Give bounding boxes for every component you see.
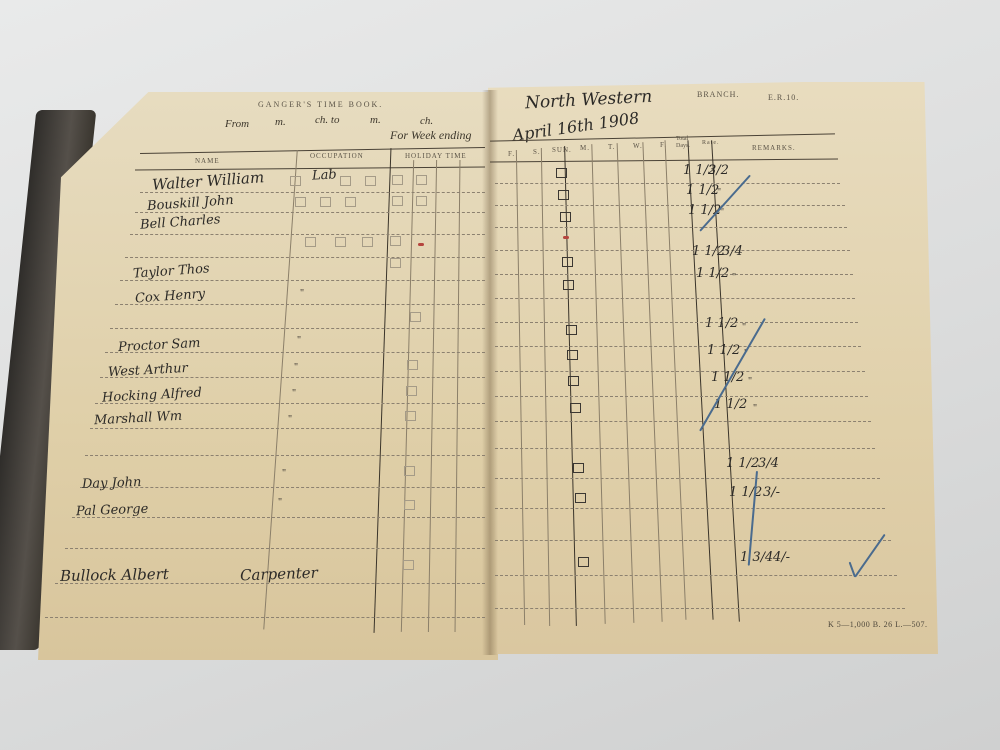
- row-rule: [495, 227, 847, 228]
- row-rule: [495, 608, 905, 609]
- sunday-stamp: [568, 376, 579, 386]
- stamp-mark: [404, 466, 415, 476]
- row-rule: [135, 212, 485, 213]
- to-m-label: m.: [370, 114, 381, 126]
- sunday-stamp: [562, 257, 573, 267]
- sunday-stamp: [566, 325, 577, 335]
- ditto-mark: ": [294, 362, 298, 373]
- total-days: 1 1/2: [686, 183, 719, 198]
- row-rule: [495, 396, 868, 397]
- page-gutter: [482, 90, 498, 655]
- row-rule: [125, 257, 485, 258]
- row-rule: [495, 250, 850, 251]
- sunday-stamp: [563, 280, 574, 290]
- rate: ": [732, 272, 736, 283]
- row-rule: [140, 192, 485, 193]
- worker-occupation: Lab: [312, 167, 337, 183]
- book-title: GANGER'S TIME BOOK.: [258, 100, 383, 109]
- ditto-mark: ": [278, 497, 282, 508]
- stamp-mark: [404, 500, 415, 510]
- row-rule: [120, 280, 485, 281]
- row-rule: [495, 205, 845, 206]
- stamp-mark: [416, 175, 427, 185]
- stamp-mark: [290, 176, 301, 186]
- worker-name: Pal George: [76, 502, 149, 520]
- ditto-mark: ": [297, 335, 301, 346]
- row-rule: [495, 183, 840, 184]
- column-f2: F.: [660, 141, 667, 149]
- stamp-mark: [406, 386, 417, 396]
- sunday-stamp: [556, 168, 567, 178]
- row-rule: [495, 274, 853, 275]
- stamp-mark: [403, 560, 414, 570]
- stamp-mark: [305, 237, 316, 247]
- rate: 3/-: [763, 485, 780, 500]
- rate: ": [742, 322, 746, 333]
- row-rule: [45, 617, 485, 618]
- sunday-stamp: [570, 403, 581, 413]
- time-book: GANGER'S TIME BOOK. From m. ch. to m. ch…: [0, 0, 1000, 750]
- ditto-mark: ": [282, 468, 286, 479]
- row-rule: [495, 346, 861, 347]
- stamp-mark: [345, 197, 356, 207]
- row-rule: [495, 478, 880, 479]
- form-print-code: K 5—1,000 B. 26 L.—507.: [828, 620, 928, 629]
- total-days: 1 1/2: [729, 485, 762, 500]
- sunday-stamp: [560, 212, 571, 222]
- row-rule: [90, 428, 485, 429]
- worker-name: Bullock Albert: [60, 565, 169, 585]
- total-days: 1 1/2: [696, 266, 729, 281]
- from-label: From: [225, 118, 249, 130]
- rate: 3/2: [708, 163, 729, 178]
- sunday-stamp: [573, 463, 584, 473]
- red-mark: [563, 236, 569, 239]
- column-remarks: REMARKS.: [752, 144, 796, 152]
- worker-occupation: Carpenter: [240, 564, 318, 585]
- stamp-mark: [416, 196, 427, 206]
- row-rule: [495, 508, 885, 509]
- week-ending-label: For Week ending: [390, 128, 472, 143]
- row-rule: [85, 455, 485, 456]
- total-days: 1 1/2: [692, 244, 725, 259]
- sunday-stamp: [575, 493, 586, 503]
- row-rule: [495, 540, 891, 541]
- stamp-mark: [295, 197, 306, 207]
- column-holiday-time: HOLIDAY TIME: [405, 152, 467, 160]
- form-code: E.R.10.: [768, 93, 799, 102]
- row-rule: [65, 548, 485, 549]
- rate: ": [748, 376, 752, 387]
- ditto-mark: ": [300, 288, 304, 299]
- column-name: NAME: [195, 157, 220, 165]
- total-days: 1 1/2: [726, 456, 759, 471]
- stamp-mark: [362, 237, 373, 247]
- ditto-mark: ": [288, 414, 292, 425]
- stamp-mark: [392, 175, 403, 185]
- row-rule: [495, 298, 855, 299]
- row-rule: [95, 403, 485, 404]
- rate: 4/-: [773, 550, 790, 565]
- column-s: S.: [533, 148, 541, 156]
- sunday-stamp: [567, 350, 578, 360]
- stamp-mark: [365, 176, 376, 186]
- from-m-label: m.: [275, 116, 286, 128]
- column-f: F.: [508, 150, 515, 158]
- row-rule: [495, 371, 865, 372]
- ch-to-label: ch. to: [315, 114, 339, 126]
- branch-label: BRANCH.: [697, 90, 739, 99]
- stamp-mark: [405, 411, 416, 421]
- rate: ": [753, 403, 757, 414]
- row-rule: [495, 421, 871, 422]
- row-rule: [130, 234, 485, 235]
- worker-name: Day John: [82, 475, 142, 492]
- to-ch-label: ch.: [420, 115, 433, 127]
- row-rule: [495, 322, 858, 323]
- row-rule: [110, 328, 485, 329]
- column-sun: SUN.: [552, 146, 572, 154]
- rate: 3/4: [722, 244, 743, 259]
- stamp-mark: [390, 258, 401, 268]
- stamp-mark: [340, 176, 351, 186]
- stamp-mark: [320, 197, 331, 207]
- stamp-mark: [410, 312, 421, 322]
- sunday-stamp: [578, 557, 589, 567]
- stamp-mark: [392, 196, 403, 206]
- total-days: 1 3/4: [740, 550, 773, 565]
- column-m: M.: [580, 144, 590, 152]
- row-rule: [495, 575, 897, 576]
- stamp-mark: [390, 236, 401, 246]
- stamp-mark: [335, 237, 346, 247]
- total-days: 1 1/2: [707, 343, 740, 358]
- rate: ": [717, 187, 721, 198]
- row-rule: [115, 304, 485, 305]
- column-w: W.: [633, 142, 643, 150]
- red-mark: [418, 243, 424, 246]
- row-rule: [495, 448, 875, 449]
- total-days: 1 1/2: [705, 316, 738, 331]
- ditto-mark: ": [292, 388, 296, 399]
- column-t: T.: [608, 143, 616, 151]
- stamp-mark: [407, 360, 418, 370]
- rate: 3/4: [758, 456, 779, 471]
- column-occupation: OCCUPATION: [310, 152, 364, 160]
- sunday-stamp: [558, 190, 569, 200]
